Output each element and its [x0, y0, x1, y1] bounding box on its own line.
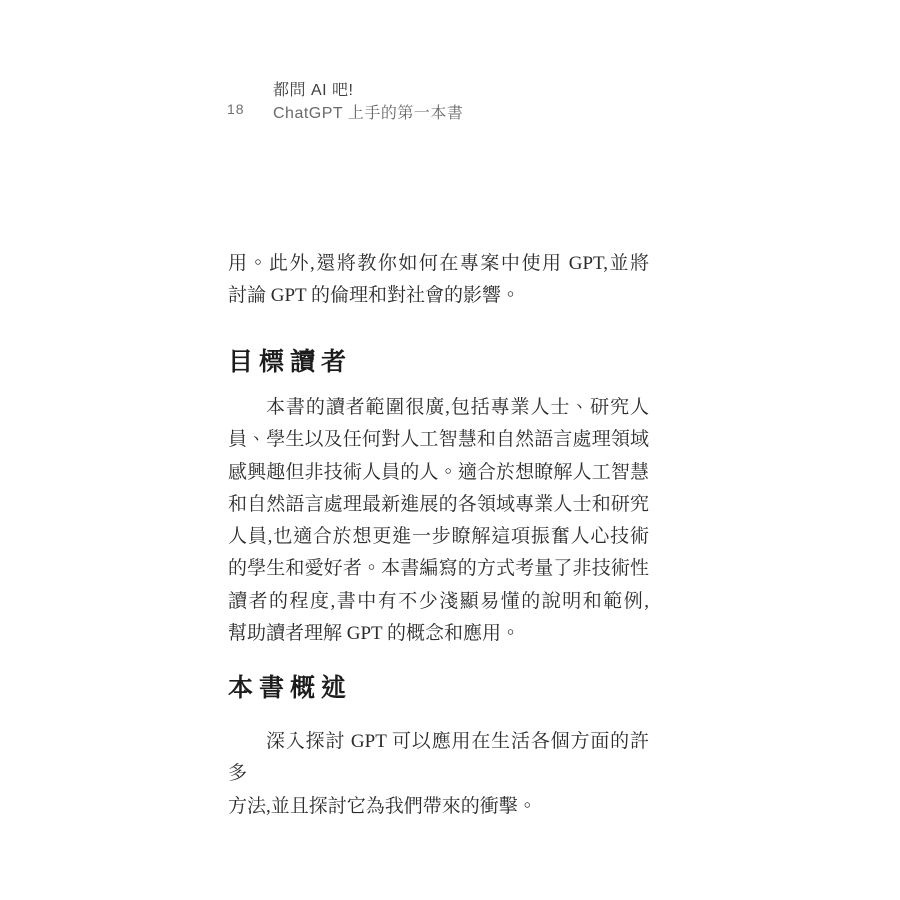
target-readers-paragraph: 本書的讀者範圍很廣,包括專業人士、研究人 員、學生以及任何對人工智慧和自然語言處… [228, 392, 649, 650]
text-line: 人員,也適合於想更進一步瞭解這項振奮人心技術 [228, 521, 649, 553]
text-line: 討論 GPT 的倫理和對社會的影響。 [228, 280, 649, 312]
text-line: 深入探討 GPT 可以應用在生活各個方面的許多 [228, 726, 649, 791]
page-number: 18 [227, 101, 245, 117]
text-line: 用。此外,還將教你如何在專案中使用 GPT,並將 [228, 248, 649, 280]
intro-paragraph: 用。此外,還將教你如何在專案中使用 GPT,並將 討論 GPT 的倫理和對社會的… [228, 248, 649, 313]
book-subtitle: ChatGPT 上手的第一本書 [273, 102, 463, 125]
text-line: 和自然語言處理最新進展的各領域專業人士和研究 [228, 489, 649, 521]
text-line: 讀者的程度,書中有不少淺顯易懂的說明和範例, [228, 586, 649, 618]
text-line: 方法,並且探討它為我們帶來的衝擊。 [228, 791, 649, 823]
section-heading-target-readers: 目標讀者 [228, 348, 352, 378]
book-page: 18 都問 AI 吧! ChatGPT 上手的第一本書 用。此外,還將教你如何在… [0, 0, 900, 900]
text-line: 感興趣但非技術人員的人。適合於想瞭解人工智慧 [228, 457, 649, 489]
book-title: 都問 AI 吧! [273, 79, 463, 102]
text-line: 幫助讀者理解 GPT 的概念和應用。 [228, 618, 649, 650]
book-overview-paragraph: 深入探討 GPT 可以應用在生活各個方面的許多 方法,並且探討它為我們帶來的衝擊… [228, 726, 649, 823]
text-line: 的學生和愛好者。本書編寫的方式考量了非技術性 [228, 553, 649, 585]
text-line: 員、學生以及任何對人工智慧和自然語言處理領域 [228, 424, 649, 456]
running-header: 都問 AI 吧! ChatGPT 上手的第一本書 [273, 79, 463, 125]
section-heading-book-overview: 本書概述 [228, 674, 352, 704]
text-line: 本書的讀者範圍很廣,包括專業人士、研究人 [228, 392, 649, 424]
